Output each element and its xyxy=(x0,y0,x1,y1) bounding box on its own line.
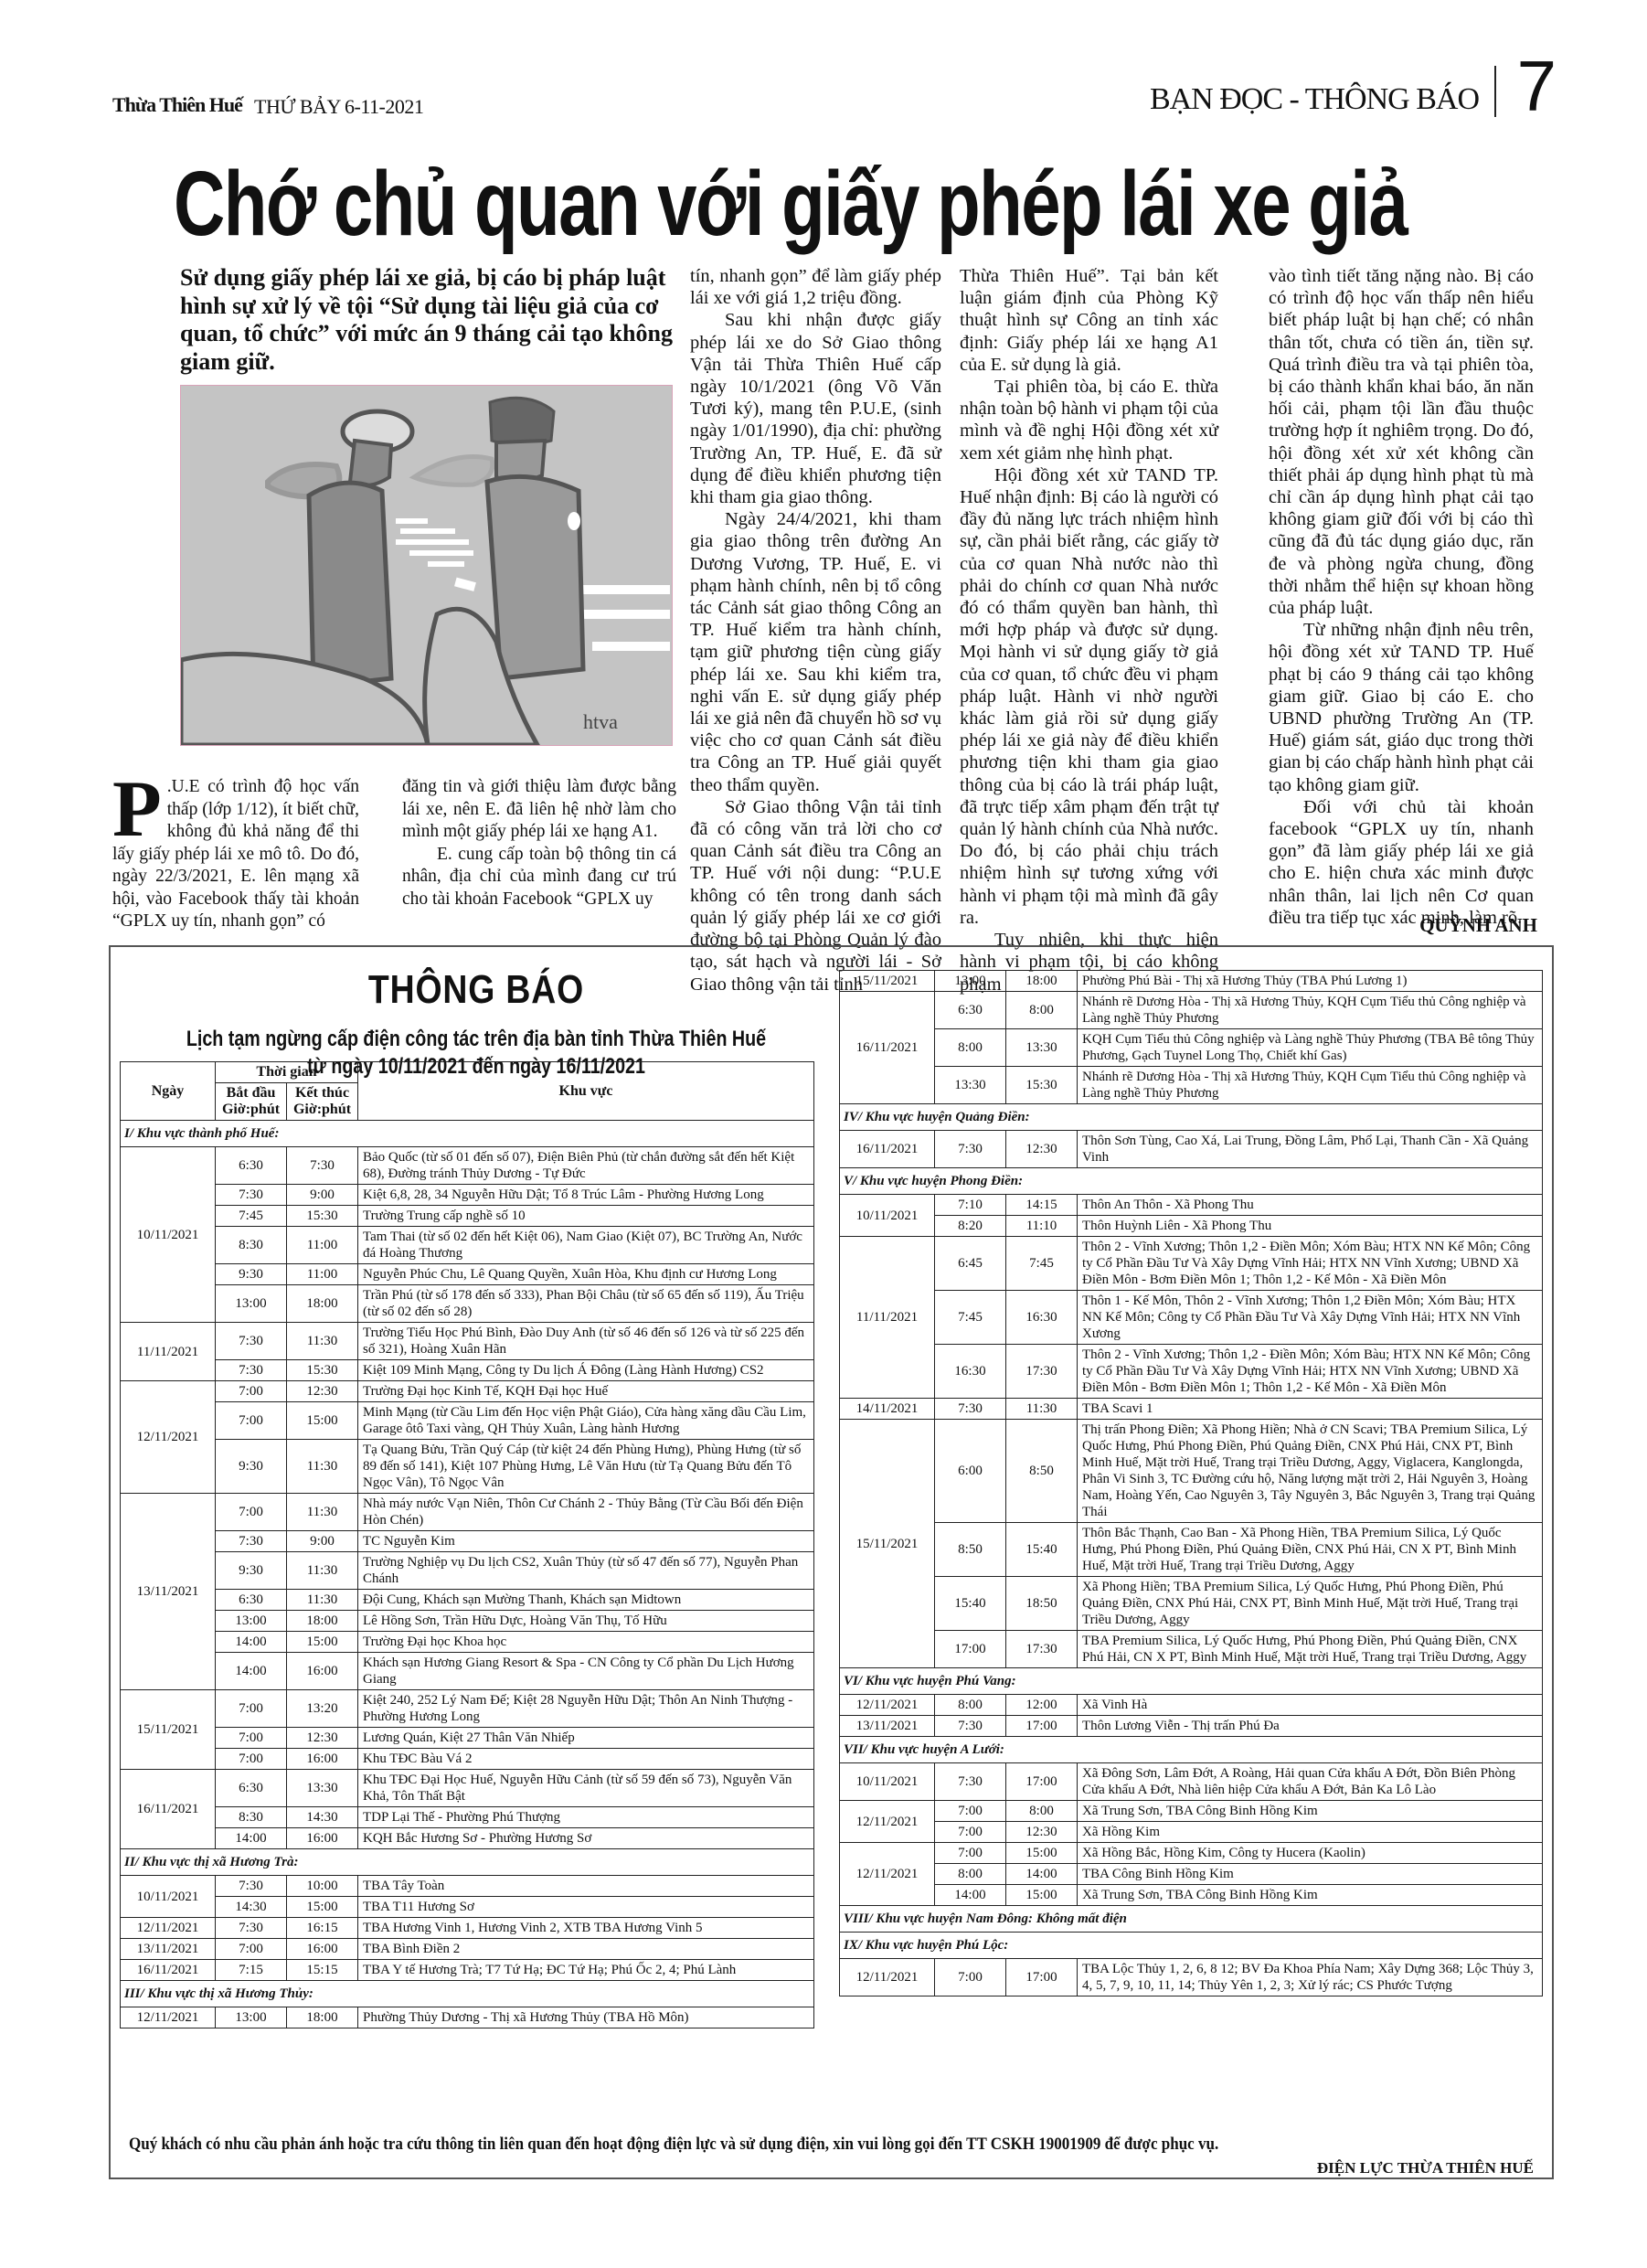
section-row: I/ Khu vực thành phố Huế: xyxy=(121,1121,814,1147)
start-time-cell: 14:00 xyxy=(216,1653,287,1690)
table-row: 10/11/20217:1014:15Thôn An Thôn - Xã Pho… xyxy=(840,1195,1543,1216)
table-row: 17:0017:30TBA Premium Silica, Lý Quốc Hư… xyxy=(840,1631,1543,1668)
table-row: 6:3011:30Đội Cung, Khách sạn Mường Thanh… xyxy=(121,1590,814,1611)
start-time-cell: 9:30 xyxy=(216,1440,287,1494)
notice-signature: ĐIỆN LỰC THỪA THIÊN HUẾ xyxy=(1317,2159,1534,2177)
end-time-cell: 7:45 xyxy=(1006,1237,1078,1291)
end-time-cell: 11:30 xyxy=(287,1440,358,1494)
date-cell: 12/11/2021 xyxy=(840,1801,935,1843)
table-row: 13:0018:00Trần Phú (từ số 178 đến số 333… xyxy=(121,1285,814,1323)
start-time-cell: 14:00 xyxy=(935,1885,1006,1906)
start-time-cell: 6:45 xyxy=(935,1237,1006,1291)
date-cell: 13/11/2021 xyxy=(121,1494,216,1690)
start-time-cell: 7:00 xyxy=(216,1690,287,1728)
table-row: 10/11/20217:3010:00TBA Tây Toàn xyxy=(121,1876,814,1897)
area-cell: KQH Cụm Tiểu thủ Công nghiệp và Làng ngh… xyxy=(1078,1029,1543,1067)
section-row: VI/ Khu vực huyện Phú Vang: xyxy=(840,1668,1543,1695)
area-cell: Xã Hồng Bắc, Hồng Kim, Công ty Hucera (K… xyxy=(1078,1843,1543,1864)
start-time-cell: 7:00 xyxy=(216,1402,287,1440)
table-row: 16/11/20216:3013:30Khu TĐC Đại Học Huế, … xyxy=(121,1770,814,1807)
start-time-cell: 15:40 xyxy=(935,1577,1006,1631)
start-time-cell: 9:30 xyxy=(216,1552,287,1590)
start-time-cell: 6:00 xyxy=(935,1420,1006,1523)
start-time-cell: 6:30 xyxy=(216,1147,287,1185)
table-row: 13:0018:00Lê Hồng Sơn, Trần Hữu Dực, Hoà… xyxy=(121,1611,814,1632)
end-time-cell: 17:30 xyxy=(1006,1345,1078,1399)
start-time-cell: 7:00 xyxy=(935,1801,1006,1822)
table-row: 12/11/20217:3016:15TBA Hương Vinh 1, Hươ… xyxy=(121,1918,814,1939)
table-row: 7:0012:30Lương Quán, Kiệt 27 Thân Văn Nh… xyxy=(121,1728,814,1749)
start-time-cell: 7:30 xyxy=(935,1399,1006,1420)
notice-title: THÔNG BÁO xyxy=(165,967,787,1013)
article-paragraph: Hội đồng xét xử TAND TP. Huế nhận định: … xyxy=(960,464,1218,929)
end-time-cell: 15:30 xyxy=(1006,1067,1078,1104)
start-time-cell: 7:30 xyxy=(216,1323,287,1360)
article-paragraph: đăng tin và giới thiệu làm được bằng lái… xyxy=(402,776,676,844)
area-cell: Khu TĐC Bàu Vá 2 xyxy=(358,1749,814,1770)
end-time-cell: 15:40 xyxy=(1006,1523,1078,1577)
start-time-cell: 7:10 xyxy=(935,1195,1006,1216)
date-cell: 15/11/2021 xyxy=(840,1420,935,1668)
area-cell: Phường Thủy Dương - Thị xã Hương Thủy (T… xyxy=(358,2007,814,2028)
area-cell: Trường Đại học Khoa học xyxy=(358,1632,814,1653)
date-cell: 15/11/2021 xyxy=(840,971,935,992)
area-cell: TBA Tây Toàn xyxy=(358,1876,814,1897)
date-cell: 12/11/2021 xyxy=(121,1918,216,1939)
article-illustration: htva xyxy=(180,385,673,746)
table-row: 8:2011:10Thôn Huỳnh Liên - Xã Phong Thu xyxy=(840,1216,1543,1237)
end-time-cell: 15:00 xyxy=(1006,1885,1078,1906)
end-time-cell: 18:00 xyxy=(287,1285,358,1323)
article-headline: Chớ chủ quan với giấy phép lái xe giả xyxy=(174,154,1258,254)
area-cell: TBA Bình Điền 2 xyxy=(358,1939,814,1960)
end-time-cell: 12:00 xyxy=(1006,1695,1078,1716)
area-cell: Trường Tiểu Học Phú Bình, Đào Duy Anh (t… xyxy=(358,1323,814,1360)
area-cell: Thôn Lương Viễn - Thị trấn Phú Đa xyxy=(1078,1716,1543,1737)
column-header-date: Ngày xyxy=(121,1062,216,1121)
issue-date: THỨ BẢY 6-11-2021 xyxy=(254,95,423,119)
table-row: 7:309:00Kiệt 6,8, 28, 34 Nguyễn Hữu Dật;… xyxy=(121,1185,814,1206)
section-heading: VIII/ Khu vực huyện Nam Đông: Không mất … xyxy=(840,1906,1543,1933)
table-row: 16/11/20216:308:00Nhánh rẽ Dương Hòa - T… xyxy=(840,992,1543,1029)
section-heading: II/ Khu vực thị xã Hương Trà: xyxy=(121,1849,814,1876)
area-cell: TBA Lộc Thủy 1, 2, 6, 8 12; BV Đa Khoa P… xyxy=(1078,1959,1543,1996)
article-column-2: Thừa Thiên Huế”. Tại bản kết luận giám đ… xyxy=(960,265,1218,996)
end-time-cell: 15:00 xyxy=(1006,1843,1078,1864)
area-cell: Kiệt 240, 252 Lý Nam Đế; Kiệt 28 Nguyễn … xyxy=(358,1690,814,1728)
table-row: 8:0013:30KQH Cụm Tiểu thủ Công nghiệp và… xyxy=(840,1029,1543,1067)
start-time-cell: 7:30 xyxy=(216,1185,287,1206)
start-time-cell: 7:30 xyxy=(935,1131,1006,1168)
start-time-cell: 7:00 xyxy=(216,1728,287,1749)
start-time-cell: 7:45 xyxy=(216,1206,287,1227)
end-time-cell: 18:50 xyxy=(1006,1577,1078,1631)
table-row: 16:3017:30Thôn 2 - Vĩnh Xương; Thôn 1,2 … xyxy=(840,1345,1543,1399)
section-row: VIII/ Khu vực huyện Nam Đông: Không mất … xyxy=(840,1906,1543,1933)
end-time-cell: 16:00 xyxy=(287,1653,358,1690)
table-row: 14:0015:00Xã Trung Sơn, TBA Công Binh Hồ… xyxy=(840,1885,1543,1906)
start-time-cell: 7:30 xyxy=(935,1716,1006,1737)
area-cell: Tạ Quang Bửu, Trần Quý Cáp (từ kiệt 24 đ… xyxy=(358,1440,814,1494)
table-row: 9:3011:00Nguyễn Phúc Chu, Lê Quang Quyền… xyxy=(121,1264,814,1285)
section-heading: VI/ Khu vực huyện Phú Vang: xyxy=(840,1668,1543,1695)
end-time-cell: 16:00 xyxy=(287,1828,358,1849)
column-header-time: Thời gian xyxy=(216,1062,358,1083)
table-row: 11/11/20216:457:45Thôn 2 - Vĩnh Xương; T… xyxy=(840,1237,1543,1291)
header-divider xyxy=(1494,66,1496,117)
start-time-cell: 14:00 xyxy=(216,1828,287,1849)
area-cell: Thôn 2 - Vĩnh Xương; Thôn 1,2 - Điền Môn… xyxy=(1078,1345,1543,1399)
end-time-cell: 17:00 xyxy=(1006,1959,1078,1996)
area-cell: Nhà máy nước Vạn Niên, Thôn Cư Chánh 2 -… xyxy=(358,1494,814,1531)
end-time-cell: 14:00 xyxy=(1006,1864,1078,1885)
table-row: 13/11/20217:0011:30Nhà máy nước Vạn Niên… xyxy=(121,1494,814,1531)
table-row: 8:5015:40Thôn Bắc Thạnh, Cao Ban - Xã Ph… xyxy=(840,1523,1543,1577)
table-row: 15/11/20217:0013:20Kiệt 240, 252 Lý Nam … xyxy=(121,1690,814,1728)
end-time-cell: 14:30 xyxy=(287,1807,358,1828)
newspaper-masthead: Thừa Thiên Huế xyxy=(112,93,242,117)
area-cell: TBA Premium Silica, Lý Quốc Hưng, Phú Ph… xyxy=(1078,1631,1543,1668)
section-row: II/ Khu vực thị xã Hương Trà: xyxy=(121,1849,814,1876)
start-time-cell: 7:00 xyxy=(216,1749,287,1770)
end-time-cell: 11:30 xyxy=(287,1323,358,1360)
end-time-cell: 11:00 xyxy=(287,1227,358,1264)
section-heading: III/ Khu vực thị xã Hương Thủy: xyxy=(121,1981,814,2007)
start-time-cell: 13:00 xyxy=(216,2007,287,2028)
area-cell: Xã Trung Sơn, TBA Công Binh Hồng Kim xyxy=(1078,1801,1543,1822)
date-cell: 11/11/2021 xyxy=(121,1323,216,1381)
table-row: 7:0016:00Khu TĐC Bàu Vá 2 xyxy=(121,1749,814,1770)
date-cell: 16/11/2021 xyxy=(840,1131,935,1168)
area-cell: Bảo Quốc (từ số 01 đến số 07), Điện Biên… xyxy=(358,1147,814,1185)
table-row: 13:3015:30Nhánh rẽ Dương Hòa - Thị xã Hư… xyxy=(840,1067,1543,1104)
table-row: 7:3015:30Kiệt 109 Minh Mạng, Công ty Du … xyxy=(121,1360,814,1381)
area-cell: Đội Cung, Khách sạn Mường Thanh, Khách s… xyxy=(358,1590,814,1611)
end-time-cell: 16:00 xyxy=(287,1749,358,1770)
area-cell: Thôn Huỳnh Liên - Xã Phong Thu xyxy=(1078,1216,1543,1237)
area-cell: Lương Quán, Kiệt 27 Thân Văn Nhiếp xyxy=(358,1728,814,1749)
end-time-cell: 9:00 xyxy=(287,1531,358,1552)
page-number: 7 xyxy=(1517,49,1557,122)
table-row: 13/11/20217:3017:00Thôn Lương Viễn - Thị… xyxy=(840,1716,1543,1737)
end-time-cell: 16:30 xyxy=(1006,1291,1078,1345)
end-time-cell: 11:30 xyxy=(287,1494,358,1531)
table-row: 12/11/20218:0012:00Xã Vinh Hà xyxy=(840,1695,1543,1716)
area-cell: Nhánh rẽ Dương Hòa - Thị xã Hương Thủy, … xyxy=(1078,1067,1543,1104)
area-cell: Lê Hồng Sơn, Trần Hữu Dực, Hoàng Văn Thụ… xyxy=(358,1611,814,1632)
end-time-cell: 12:30 xyxy=(1006,1131,1078,1168)
article-paragraph: Ngày 24/4/2021, khi tham gia giao thông … xyxy=(690,508,941,796)
end-time-cell: 8:00 xyxy=(1006,992,1078,1029)
area-cell: KQH Bắc Hương Sơ - Phường Hương Sơ xyxy=(358,1828,814,1849)
article-paragraph: Tại phiên tòa, bị cáo E. thừa nhận toàn … xyxy=(960,376,1218,464)
table-row: 7:4516:30Thôn 1 - Kế Môn, Thôn 2 - Vĩnh … xyxy=(840,1291,1543,1345)
table-row: 15/11/20216:008:50Thị trấn Phong Điền; X… xyxy=(840,1420,1543,1523)
area-cell: Trường Trung cấp nghề số 10 xyxy=(358,1206,814,1227)
section-row: V/ Khu vực huyện Phong Điền: xyxy=(840,1168,1543,1195)
area-cell: Xã Vinh Hà xyxy=(1078,1695,1543,1716)
start-time-cell: 7:30 xyxy=(216,1876,287,1897)
column-header-area: Khu vực xyxy=(358,1062,814,1121)
area-cell: Xã Hồng Kim xyxy=(1078,1822,1543,1843)
table-row: 8:0014:00TBA Công Binh Hồng Kim xyxy=(840,1864,1543,1885)
article-intro-paragraph: P.U.E có trình độ học vấn thấp (lớp 1/12… xyxy=(112,776,359,933)
start-time-cell: 7:30 xyxy=(216,1360,287,1381)
end-time-cell: 8:00 xyxy=(1006,1801,1078,1822)
start-time-cell: 14:30 xyxy=(216,1897,287,1918)
area-cell: Khu TĐC Đại Học Huế, Nguyễn Hữu Cảnh (từ… xyxy=(358,1770,814,1807)
page-header: Thừa Thiên Huế THỨ BẢY 6-11-2021 BẠN ĐỌC… xyxy=(112,46,1557,119)
end-time-cell: 15:00 xyxy=(287,1402,358,1440)
start-time-cell: 7:00 xyxy=(935,1843,1006,1864)
section-row: IV/ Khu vực huyện Quảng Điền: xyxy=(840,1104,1543,1131)
start-time-cell: 8:30 xyxy=(216,1807,287,1828)
end-time-cell: 15:30 xyxy=(287,1360,358,1381)
article-column-3: vào tình tiết tăng nặng nào. Bị cáo có t… xyxy=(1269,265,1534,929)
start-time-cell: 7:30 xyxy=(216,1531,287,1552)
end-time-cell: 11:00 xyxy=(287,1264,358,1285)
end-time-cell: 15:15 xyxy=(287,1960,358,1981)
column-header-start: Bắt đầu Giờ:phút xyxy=(216,1083,287,1121)
start-time-cell: 6:30 xyxy=(216,1770,287,1807)
area-cell: Trường Nghiệp vụ Du lịch CS2, Xuân Thủy … xyxy=(358,1552,814,1590)
table-row: 10/11/20216:307:30Bảo Quốc (từ số 01 đến… xyxy=(121,1147,814,1185)
column-header-end: Kết thúc Giờ:phút xyxy=(287,1083,358,1121)
end-time-cell: 15:00 xyxy=(287,1632,358,1653)
article-paragraph: Đối với chủ tài khoản facebook “GPLX uy … xyxy=(1269,796,1534,929)
end-time-cell: 16:00 xyxy=(287,1939,358,1960)
start-time-cell: 8:30 xyxy=(216,1227,287,1264)
table-row: 15:4018:50Xã Phong Hiền; TBA Premium Sil… xyxy=(840,1577,1543,1631)
start-time-cell: 7:00 xyxy=(216,1939,287,1960)
end-time-cell: 12:30 xyxy=(287,1728,358,1749)
area-cell: TBA Y tế Hương Trà; T7 Tứ Hạ; ĐC Tứ Hạ; … xyxy=(358,1960,814,1981)
start-time-cell: 6:30 xyxy=(935,992,1006,1029)
start-time-cell: 7:00 xyxy=(216,1381,287,1402)
section-heading: I/ Khu vực thành phố Huế: xyxy=(121,1121,814,1147)
end-time-cell: 18:00 xyxy=(287,1611,358,1632)
article-column-1: tín, nhanh gọn” để làm giấy phép lái xe … xyxy=(690,265,941,996)
area-cell: TBA Scavi 1 xyxy=(1078,1399,1543,1420)
area-cell: Khách sạn Hương Giang Resort & Spa - CN … xyxy=(358,1653,814,1690)
table-row: 9:3011:30Tạ Quang Bửu, Trần Quý Cáp (từ … xyxy=(121,1440,814,1494)
table-row: 7:0015:00Minh Mạng (từ Cầu Lim đến Học v… xyxy=(121,1402,814,1440)
area-cell: TBA Hương Vinh 1, Hương Vinh 2, XTB TBA … xyxy=(358,1918,814,1939)
date-cell: 16/11/2021 xyxy=(840,992,935,1104)
area-cell: Minh Mạng (từ Cầu Lim đến Học viện Phật … xyxy=(358,1402,814,1440)
start-time-cell: 8:50 xyxy=(935,1523,1006,1577)
area-cell: TC Nguyễn Kim xyxy=(358,1531,814,1552)
area-cell: Phường Phú Bài - Thị xã Hương Thủy (TBA … xyxy=(1078,971,1543,992)
table-row: 12/11/20217:008:00Xã Trung Sơn, TBA Công… xyxy=(840,1801,1543,1822)
table-row: 11/11/20217:3011:30Trường Tiểu Học Phú B… xyxy=(121,1323,814,1360)
notice-contact-info: Quý khách có nhu cầu phản ánh hoặc tra c… xyxy=(129,2135,1424,2155)
drop-cap: P xyxy=(112,778,162,842)
area-cell: Thôn An Thôn - Xã Phong Thu xyxy=(1078,1195,1543,1216)
table-row: 13/11/20217:0016:00TBA Bình Điền 2 xyxy=(121,1939,814,1960)
date-cell: 14/11/2021 xyxy=(840,1399,935,1420)
end-time-cell: 11:10 xyxy=(1006,1216,1078,1237)
traffic-police-illustration-icon: htva xyxy=(181,386,672,745)
date-cell: 16/11/2021 xyxy=(121,1770,216,1849)
start-time-cell: 8:20 xyxy=(935,1216,1006,1237)
article-byline: QUỲNH ANH xyxy=(1419,914,1537,937)
table-row: 16/11/20217:1515:15TBA Y tế Hương Trà; T… xyxy=(121,1960,814,1981)
section-row: IX/ Khu vực huyện Phú Lộc: xyxy=(840,1933,1543,1959)
article-intro-column-1: P.U.E có trình độ học vấn thấp (lớp 1/12… xyxy=(112,776,359,933)
start-time-cell: 7:45 xyxy=(935,1291,1006,1345)
table-row: 14:0016:00KQH Bắc Hương Sơ - Phường Hươn… xyxy=(121,1828,814,1849)
section-heading: VII/ Khu vực huyện A Lưới: xyxy=(840,1737,1543,1763)
start-time-cell: 16:30 xyxy=(935,1345,1006,1399)
end-time-cell: 18:00 xyxy=(1006,971,1078,992)
end-time-cell: 11:30 xyxy=(1006,1399,1078,1420)
date-cell: 13/11/2021 xyxy=(121,1939,216,1960)
table-row: 14:0015:00Trường Đại học Khoa học xyxy=(121,1632,814,1653)
outage-schedule-table-left: Ngày Thời gian Khu vực Bắt đầu Giờ:phút … xyxy=(120,1061,814,2028)
end-time-cell: 16:15 xyxy=(287,1918,358,1939)
area-cell: Xã Trung Sơn, TBA Công Binh Hồng Kim xyxy=(1078,1885,1543,1906)
date-cell: 12/11/2021 xyxy=(121,1381,216,1494)
table-row: 7:309:00TC Nguyễn Kim xyxy=(121,1531,814,1552)
start-time-cell: 13:00 xyxy=(935,971,1006,992)
table-row: 14:0016:00Khách sạn Hương Giang Resort &… xyxy=(121,1653,814,1690)
area-cell: Tam Thai (từ số 02 đến hết Kiệt 06), Nam… xyxy=(358,1227,814,1264)
start-time-cell: 13:30 xyxy=(935,1067,1006,1104)
area-cell: Thôn 1 - Kế Môn, Thôn 2 - Vĩnh Xương; Th… xyxy=(1078,1291,1543,1345)
end-time-cell: 12:30 xyxy=(287,1381,358,1402)
svg-text:htva: htva xyxy=(583,710,618,733)
table-row: 12/11/202113:0018:00Phường Thủy Dương - … xyxy=(121,2007,814,2028)
article-paragraph: tín, nhanh gọn” để làm giấy phép lái xe … xyxy=(690,265,941,309)
start-time-cell: 7:00 xyxy=(935,1822,1006,1843)
area-cell: TBA Công Binh Hồng Kim xyxy=(1078,1864,1543,1885)
start-time-cell: 13:00 xyxy=(216,1611,287,1632)
table-row: 8:3011:00Tam Thai (từ số 02 đến hết Kiệt… xyxy=(121,1227,814,1264)
end-time-cell: 9:00 xyxy=(287,1185,358,1206)
area-cell: Trần Phú (từ số 178 đến số 333), Phan Bộ… xyxy=(358,1285,814,1323)
end-time-cell: 13:30 xyxy=(287,1770,358,1807)
date-cell: 11/11/2021 xyxy=(840,1237,935,1399)
section-row: VII/ Khu vực huyện A Lưới: xyxy=(840,1737,1543,1763)
start-time-cell: 8:00 xyxy=(935,1029,1006,1067)
end-time-cell: 11:30 xyxy=(287,1590,358,1611)
end-time-cell: 15:30 xyxy=(287,1206,358,1227)
area-cell: TDP Lại Thế - Phường Phú Thượng xyxy=(358,1807,814,1828)
table-row: 9:3011:30Trường Nghiệp vụ Du lịch CS2, X… xyxy=(121,1552,814,1590)
end-time-cell: 15:00 xyxy=(287,1897,358,1918)
end-time-cell: 12:30 xyxy=(1006,1822,1078,1843)
start-time-cell: 7:30 xyxy=(216,1918,287,1939)
start-time-cell: 9:30 xyxy=(216,1264,287,1285)
table-row: 15/11/202113:0018:00Phường Phú Bài - Thị… xyxy=(840,971,1543,992)
table-row: 7:0012:30Xã Hồng Kim xyxy=(840,1822,1543,1843)
table-row: 12/11/20217:0012:30Trường Đại học Kinh T… xyxy=(121,1381,814,1402)
start-time-cell: 6:30 xyxy=(216,1590,287,1611)
article-paragraph: vào tình tiết tăng nặng nào. Bị cáo có t… xyxy=(1269,265,1534,619)
area-cell: Nhánh rẽ Dương Hòa - Thị xã Hương Thủy, … xyxy=(1078,992,1543,1029)
area-cell: Xã Phong Hiền; TBA Premium Silica, Lý Qu… xyxy=(1078,1577,1543,1631)
section-heading: IX/ Khu vực huyện Phú Lộc: xyxy=(840,1933,1543,1959)
area-cell: Xã Đông Sơn, Lâm Đớt, A Roàng, Hải quan … xyxy=(1078,1763,1543,1801)
start-time-cell: 7:30 xyxy=(935,1763,1006,1801)
start-time-cell: 13:00 xyxy=(216,1285,287,1323)
end-time-cell: 17:00 xyxy=(1006,1716,1078,1737)
area-cell: Kiệt 6,8, 28, 34 Nguyễn Hữu Dật; Tổ 8 Tr… xyxy=(358,1185,814,1206)
table-row: 14:3015:00TBA T11 Hương Sơ xyxy=(121,1897,814,1918)
table-row: 14/11/20217:3011:30TBA Scavi 1 xyxy=(840,1399,1543,1420)
article-intro-column-2: đăng tin và giới thiệu làm được bằng lái… xyxy=(402,776,676,910)
article-lead: Sử dụng giấy phép lái xe giả, bị cáo bị … xyxy=(180,264,674,376)
start-time-cell: 17:00 xyxy=(935,1631,1006,1668)
end-time-cell: 10:00 xyxy=(287,1876,358,1897)
start-time-cell: 14:00 xyxy=(216,1632,287,1653)
area-cell: Thôn 2 - Vĩnh Xương; Thôn 1,2 - Điền Môn… xyxy=(1078,1237,1543,1291)
date-cell: 12/11/2021 xyxy=(840,1695,935,1716)
date-cell: 15/11/2021 xyxy=(121,1690,216,1770)
area-cell: Kiệt 109 Minh Mạng, Công ty Du lịch Á Đô… xyxy=(358,1360,814,1381)
date-cell: 10/11/2021 xyxy=(840,1763,935,1801)
outage-schedule-table-right: 15/11/202113:0018:00Phường Phú Bài - Thị… xyxy=(839,970,1543,1996)
area-cell: Trường Đại học Kinh Tế, KQH Đại học Huế xyxy=(358,1381,814,1402)
start-time-cell: 7:00 xyxy=(216,1494,287,1531)
article-paragraph: E. cung cấp toàn bộ thông tin cá nhân, đ… xyxy=(402,844,676,911)
start-time-cell: 8:00 xyxy=(935,1864,1006,1885)
section-heading: IV/ Khu vực huyện Quảng Điền: xyxy=(840,1104,1543,1131)
table-row: 10/11/20217:3017:00Xã Đông Sơn, Lâm Đớt,… xyxy=(840,1763,1543,1801)
table-row: 12/11/20217:0017:00TBA Lộc Thủy 1, 2, 6,… xyxy=(840,1959,1543,1996)
end-time-cell: 11:30 xyxy=(287,1552,358,1590)
end-time-cell: 8:50 xyxy=(1006,1420,1078,1523)
area-cell: Thôn Bắc Thạnh, Cao Ban - Xã Phong Hiền,… xyxy=(1078,1523,1543,1577)
end-time-cell: 13:20 xyxy=(287,1690,358,1728)
end-time-cell: 7:30 xyxy=(287,1147,358,1185)
article-paragraph: Sau khi nhận được giấy phép lái xe do Sở… xyxy=(690,309,941,508)
start-time-cell: 7:15 xyxy=(216,1960,287,1981)
end-time-cell: 18:00 xyxy=(287,2007,358,2028)
section-heading: V/ Khu vực huyện Phong Điền: xyxy=(840,1168,1543,1195)
area-cell: Thôn Sơn Tùng, Cao Xá, Lai Trung, Đồng L… xyxy=(1078,1131,1543,1168)
area-cell: Nguyễn Phúc Chu, Lê Quang Quyền, Xuân Hò… xyxy=(358,1264,814,1285)
power-outage-notice: THÔNG BÁO Lịch tạm ngừng cấp điện công t… xyxy=(109,945,1554,2179)
date-cell: 13/11/2021 xyxy=(840,1716,935,1737)
section-name: BẠN ĐỌC - THÔNG BÁO xyxy=(1150,82,1479,117)
area-cell: Thị trấn Phong Điền; Xã Phong Hiền; Nhà … xyxy=(1078,1420,1543,1523)
start-time-cell: 7:00 xyxy=(935,1959,1006,1996)
date-cell: 12/11/2021 xyxy=(121,2007,216,2028)
date-cell: 16/11/2021 xyxy=(121,1960,216,1981)
date-cell: 10/11/2021 xyxy=(121,1147,216,1323)
table-row: 12/11/20217:0015:00Xã Hồng Bắc, Hồng Kim… xyxy=(840,1843,1543,1864)
article-paragraph: Từ những nhận định nêu trên, hội đồng xé… xyxy=(1269,619,1534,796)
start-time-cell: 8:00 xyxy=(935,1695,1006,1716)
date-cell: 12/11/2021 xyxy=(840,1959,935,1996)
area-cell: TBA T11 Hương Sơ xyxy=(358,1897,814,1918)
table-row: 16/11/20217:3012:30Thôn Sơn Tùng, Cao Xá… xyxy=(840,1131,1543,1168)
end-time-cell: 14:15 xyxy=(1006,1195,1078,1216)
table-row: 7:4515:30Trường Trung cấp nghề số 10 xyxy=(121,1206,814,1227)
date-cell: 10/11/2021 xyxy=(840,1195,935,1237)
table-row: 8:3014:30TDP Lại Thế - Phường Phú Thượng xyxy=(121,1807,814,1828)
end-time-cell: 13:30 xyxy=(1006,1029,1078,1067)
article-paragraph: Thừa Thiên Huế”. Tại bản kết luận giám đ… xyxy=(960,265,1218,376)
section-row: III/ Khu vực thị xã Hương Thủy: xyxy=(121,1981,814,2007)
date-cell: 10/11/2021 xyxy=(121,1876,216,1918)
date-cell: 12/11/2021 xyxy=(840,1843,935,1906)
end-time-cell: 17:30 xyxy=(1006,1631,1078,1668)
end-time-cell: 17:00 xyxy=(1006,1763,1078,1801)
